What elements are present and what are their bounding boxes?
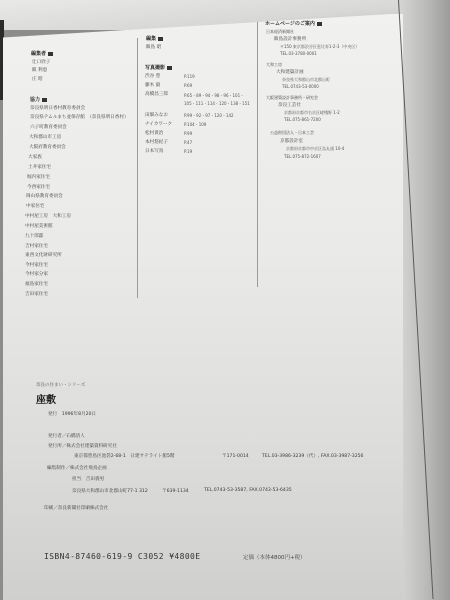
publisher-tel: TEL.03-3986-3239（代）, FAX.03-3987-3256: [262, 453, 363, 459]
photographer-pages: P.19: [184, 149, 192, 154]
cooperation-item: 吉田家住宅: [25, 291, 48, 297]
cooperation-item: 大阪府教育委員会: [29, 144, 66, 150]
cooperation-item: 今西家住宅: [27, 184, 50, 190]
contact-org: 奈良工芸社: [278, 102, 301, 108]
cooperation-item: 中家住宅: [26, 203, 44, 209]
book-title: 座敷: [36, 391, 56, 406]
cooperation-item: 土井家住宅: [28, 164, 51, 170]
contact-org: 大和建築計画: [276, 69, 304, 75]
contact-address: 〒150 東京都渋谷区恵比寿1-2-3（中央区）: [280, 44, 359, 50]
photographers-heading: 写真撮影: [145, 64, 172, 71]
cooperation-item: 堀内家住宅: [27, 174, 50, 180]
photographer-name: 田畑みなお: [145, 112, 168, 118]
column-divider-1: [137, 38, 138, 298]
photographer-name: 本村悠紀子: [145, 139, 168, 145]
photographer-name: 渋谷 豊: [145, 73, 160, 79]
contact-label: 日本経済新聞社: [266, 29, 294, 35]
cooperation-item: 中村屋工房 大和工房: [25, 213, 71, 219]
cooperation-item: 大和郡山市工房: [29, 134, 61, 140]
cooperation-item: 今村家分家: [25, 271, 48, 277]
cooperation-item: 九十郎邸: [25, 233, 43, 239]
contacts-heading: ホームページのご案内: [265, 20, 322, 27]
contact-address: 京都府京都市右京区嵯峨野 1-2: [284, 110, 340, 116]
price: 定価（本体4800円+税）: [243, 553, 306, 561]
photographer-pages: P.47: [184, 140, 192, 145]
photographer-name: 松村貴治: [145, 130, 163, 136]
printer: 印刷／奈良新聞社印刷株式会社: [44, 505, 108, 511]
cooperation-item: 福島家住宅: [25, 281, 48, 287]
production-contact: 担当 吉田義男: [72, 476, 104, 482]
contact-address: 奈良県大和郡山市北郡山町: [282, 77, 330, 83]
publisher-company: 発行所／株式会社建築資料研究社: [48, 443, 117, 449]
contact-label: 大阪建築設計事務所・研究会: [266, 95, 318, 101]
contact-address: 京都府京都市中京区烏丸通 10-4: [286, 146, 344, 152]
contact-tel: TEL.075-861-7200: [284, 117, 321, 122]
production-company: 編集制作／株式会社飛鳥企画: [47, 465, 107, 471]
production-postal: 〒639-1134: [162, 488, 189, 494]
publisher-address: 東京都豊島区池袋2-68-1 日建サテライト館5階: [74, 453, 174, 459]
editor-name: 辻口欣子: [32, 59, 50, 65]
contact-org: 京都設計室: [280, 138, 303, 144]
photographer-name: ナイカワーク: [145, 121, 172, 127]
cooperation-item: 今村家住宅: [25, 262, 48, 268]
cooperation-item: 東西文化財研究所: [25, 252, 62, 258]
contact-label: 公益財団法人・日本工芸: [270, 130, 314, 136]
photographer-name: 藤木 毅: [145, 82, 160, 88]
contact-tel: TEL.0743-53-0000: [282, 84, 319, 89]
page-fold-shadow: [398, 0, 450, 600]
contact-org: 飯島設計事務所: [274, 36, 306, 42]
issue-date: 発行 1996年8月20日: [48, 411, 96, 417]
cooperation-item: 大家族: [28, 154, 42, 160]
photographer-pages: P.99・92・97・120・142: [184, 113, 234, 119]
photographer-pages: P.99: [184, 131, 192, 136]
contact-tel: TEL.075-872-1607: [284, 154, 321, 159]
cooperation-item: 岡山県教育委員会: [26, 193, 63, 199]
cooperation-heading: 協力: [30, 96, 47, 103]
production-address: 奈良県大和郡山市北郡山町77-1 312: [72, 488, 148, 494]
photographer-pages: P.69: [184, 83, 192, 88]
photographer-pages: P.119: [184, 74, 195, 79]
editors-heading: 編集者: [31, 50, 53, 57]
series-name: 奈良の住まい・シリーズ: [36, 382, 85, 388]
publisher-person: 発行者／石橋清人: [48, 433, 85, 439]
photographer-name: 高橋昌三郎: [145, 91, 168, 97]
cooperation-item: 奈良県テムルまち並保存館 （奈良県明日香村）: [30, 114, 129, 120]
publisher-postal: 〒171-0014: [222, 453, 249, 459]
cooperation-item: 吉村家住宅: [25, 243, 48, 249]
isbn: ISBN4-87460-619-9 C3052 ¥4800E: [44, 552, 201, 561]
production-tel: TEL.0743-53-3587, FAX.0743-53-6435: [204, 488, 292, 493]
photographer-pages: P.65・89・94・98・96・101・105・111・114・120・138…: [184, 92, 254, 108]
cooperation-item: 六子町教育委員会: [30, 124, 67, 130]
editor-name: 飯 利恵: [32, 67, 47, 73]
photographer-name: 日本写真: [145, 148, 163, 154]
editor-name: 庄 昭: [32, 76, 43, 82]
cooperation-item: 中村屋美術館: [25, 223, 53, 229]
column-divider-2: [257, 22, 258, 287]
contact-label: 大和工房: [266, 62, 282, 68]
photographer-pages: P.104・109: [184, 122, 206, 128]
editorial-heading: 編集: [146, 35, 163, 42]
cooperation-item: 奈良県明日香村教育委員会: [30, 105, 85, 111]
contact-tel: TEL.03-3780-0001: [280, 51, 317, 56]
editorial-name: 飯島 昭: [146, 44, 161, 50]
